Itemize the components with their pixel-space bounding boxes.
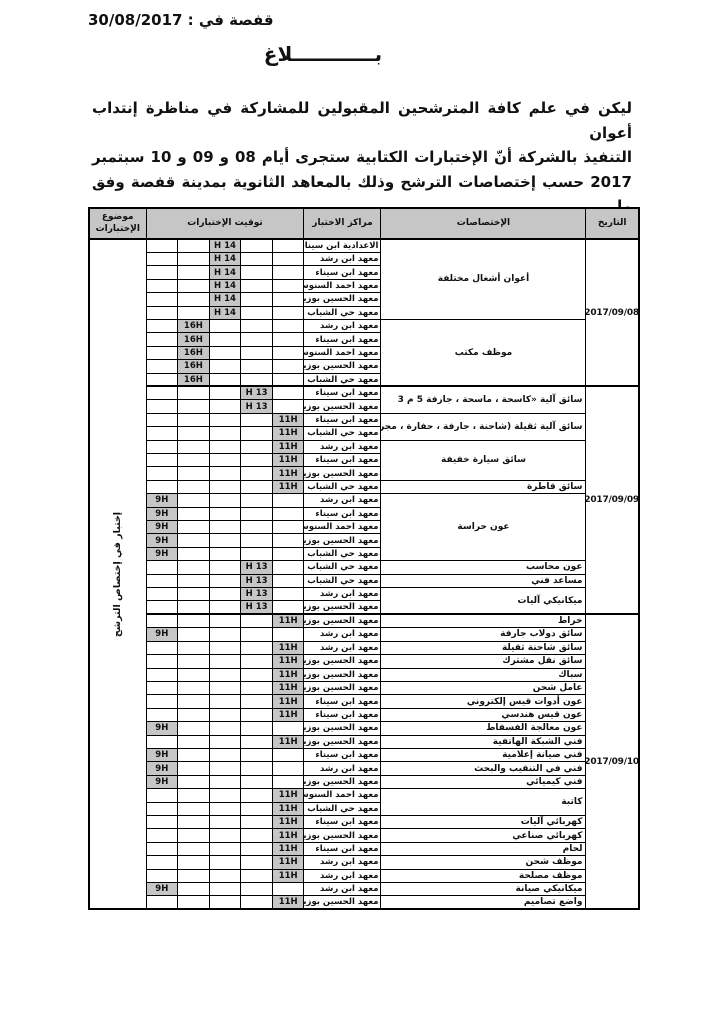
- time-slot-empty-cell: [146, 829, 178, 842]
- time-slot-empty-cell: [241, 762, 273, 775]
- document-page: قفصة في : 30/08/2017 بــــــــــــلاغ لي…: [0, 0, 724, 1024]
- time-slot-empty-cell: [272, 279, 304, 292]
- announcement-title: بــــــــــــلاغ: [88, 42, 558, 66]
- time-slot-empty-cell: [209, 547, 241, 560]
- time-slot-empty-cell: [178, 869, 210, 882]
- time-slot-empty-cell: [272, 306, 304, 319]
- specialty-cell: سائق سيارة خفيفة: [381, 440, 586, 480]
- time-slot-empty-cell: [146, 333, 178, 346]
- table-row: لحاممعهد ابن سيناء11H: [89, 842, 639, 855]
- time-slot-empty-cell: [209, 869, 241, 882]
- time-slot-empty-cell: [209, 681, 241, 694]
- time-slot-empty-cell: [272, 507, 304, 520]
- specialty-cell: عون حراسة: [381, 494, 586, 561]
- table-row: 2017/09/08أعوان أشغال مختلفةالاعدادية اب…: [89, 239, 639, 252]
- time-slot-empty-cell: [178, 842, 210, 855]
- time-slot-cell: 13 H: [241, 386, 273, 399]
- time-slot-empty-cell: [241, 494, 273, 507]
- exam-center-cell: معهد ابن رشد: [304, 641, 381, 654]
- time-slot-empty-cell: [178, 775, 210, 788]
- header-specialties: الإختصاصات: [381, 208, 586, 239]
- exam-center-cell: معهد الحسين بوزيان: [304, 400, 381, 413]
- time-slot-empty-cell: [146, 454, 178, 467]
- header-exam-centers: مراكز الاختبار: [304, 208, 381, 239]
- time-slot-empty-cell: [241, 306, 273, 319]
- time-slot-empty-cell: [178, 614, 210, 627]
- time-slot-empty-cell: [272, 775, 304, 788]
- time-slot-empty-cell: [272, 494, 304, 507]
- time-slot-empty-cell: [146, 789, 178, 802]
- time-slot-empty-cell: [209, 601, 241, 614]
- time-slot-cell: 11H: [272, 735, 304, 748]
- time-slot-empty-cell: [241, 252, 273, 265]
- time-slot-empty-cell: [178, 386, 210, 399]
- time-slot-empty-cell: [146, 588, 178, 601]
- time-slot-empty-cell: [209, 413, 241, 426]
- specialty-cell: ميكانيكي صيانة: [381, 883, 586, 896]
- time-slot-empty-cell: [209, 386, 241, 399]
- time-slot-empty-cell: [209, 427, 241, 440]
- time-slot-empty-cell: [241, 427, 273, 440]
- exam-center-cell: معهد ابن سيناء: [304, 842, 381, 855]
- specialty-cell: عون محاسب: [381, 561, 586, 574]
- time-slot-cell: 9H: [146, 547, 178, 560]
- time-slot-empty-cell: [209, 789, 241, 802]
- time-slot-empty-cell: [146, 601, 178, 614]
- time-slot-empty-cell: [241, 708, 273, 721]
- time-slot-cell: 11H: [272, 655, 304, 668]
- time-slot-empty-cell: [209, 762, 241, 775]
- time-slot-cell: 9H: [146, 762, 178, 775]
- specialty-cell: مساعد فني: [381, 574, 586, 587]
- document-date-line: قفصة في : 30/08/2017: [88, 11, 274, 29]
- time-slot-empty-cell: [241, 507, 273, 520]
- exam-center-cell: معهد ابن سيناء: [304, 454, 381, 467]
- exam-subject-cell: إختبار في إختصاص الترشح: [89, 239, 146, 909]
- time-slot-cell: 11H: [272, 454, 304, 467]
- time-slot-empty-cell: [241, 333, 273, 346]
- table-row: عون حراسةمعهد ابن رشد9H: [89, 494, 639, 507]
- time-slot-empty-cell: [146, 373, 178, 386]
- time-slot-cell: 16H: [178, 346, 210, 359]
- exam-center-cell: معهد حي الشباب: [304, 547, 381, 560]
- time-slot-empty-cell: [241, 802, 273, 815]
- specialty-cell: عامل شحن: [381, 681, 586, 694]
- time-slot-empty-cell: [209, 373, 241, 386]
- time-slot-empty-cell: [146, 802, 178, 815]
- time-slot-empty-cell: [146, 440, 178, 453]
- time-slot-empty-cell: [209, 507, 241, 520]
- time-slot-cell: 11H: [272, 815, 304, 828]
- time-slot-empty-cell: [178, 802, 210, 815]
- time-slot-empty-cell: [146, 869, 178, 882]
- time-slot-cell: 11H: [272, 695, 304, 708]
- time-slot-empty-cell: [209, 480, 241, 493]
- exam-center-cell: معهد الحسين بوزيان: [304, 601, 381, 614]
- exam-center-cell: معهد ابن سيناء: [304, 413, 381, 426]
- time-slot-empty-cell: [241, 266, 273, 279]
- time-slot-empty-cell: [241, 869, 273, 882]
- time-slot-cell: 9H: [146, 628, 178, 641]
- specialty-cell: أعوان أشغال مختلفة: [381, 239, 586, 319]
- time-slot-empty-cell: [209, 561, 241, 574]
- time-slot-empty-cell: [146, 306, 178, 319]
- exam-center-cell: الاعدادية ابن سيناء: [304, 239, 381, 252]
- time-slot-empty-cell: [272, 722, 304, 735]
- specialty-cell: فني الشبكة الهاتفية: [381, 735, 586, 748]
- specialty-cell: سباك: [381, 668, 586, 681]
- table-row: عون أدوات قيس إلكترونيمعهد ابن سيناء11H: [89, 695, 639, 708]
- time-slot-empty-cell: [209, 883, 241, 896]
- time-slot-empty-cell: [209, 628, 241, 641]
- time-slot-cell: 16H: [178, 319, 210, 332]
- date-cell: 2017/09/10: [586, 614, 639, 909]
- time-slot-empty-cell: [178, 722, 210, 735]
- time-slot-empty-cell: [146, 695, 178, 708]
- time-slot-empty-cell: [178, 561, 210, 574]
- time-slot-empty-cell: [146, 896, 178, 909]
- exam-center-cell: معهد ابن سيناء: [304, 333, 381, 346]
- intro-line: التنفيذ بالشركة أنّ الإختبارات الكتابية …: [92, 145, 632, 170]
- time-slot-empty-cell: [209, 494, 241, 507]
- table-row: موظف مصلحةمعهد ابن رشد11H: [89, 869, 639, 882]
- time-slot-empty-cell: [209, 614, 241, 627]
- time-slot-empty-cell: [178, 655, 210, 668]
- time-slot-empty-cell: [178, 239, 210, 252]
- time-slot-empty-cell: [241, 896, 273, 909]
- time-slot-empty-cell: [146, 239, 178, 252]
- exam-center-cell: معهد ابن رشد: [304, 588, 381, 601]
- time-slot-cell: 13 H: [241, 588, 273, 601]
- time-slot-cell: 11H: [272, 681, 304, 694]
- time-slot-empty-cell: [146, 668, 178, 681]
- time-slot-empty-cell: [178, 588, 210, 601]
- exam-center-cell: معهد الحسين بوزيان: [304, 735, 381, 748]
- table-row: موظف مكتبمعهد ابن رشد16H: [89, 319, 639, 332]
- time-slot-empty-cell: [146, 641, 178, 654]
- time-slot-empty-cell: [241, 628, 273, 641]
- time-slot-empty-cell: [272, 534, 304, 547]
- exam-center-cell: معهد حي الشباب: [304, 574, 381, 587]
- time-slot-empty-cell: [272, 628, 304, 641]
- time-slot-empty-cell: [241, 293, 273, 306]
- time-slot-empty-cell: [178, 534, 210, 547]
- exam-center-cell: معهد الحسين بوزيان: [304, 681, 381, 694]
- time-slot-empty-cell: [272, 601, 304, 614]
- time-slot-empty-cell: [241, 239, 273, 252]
- specialty-cell: كاتبة: [381, 789, 586, 816]
- time-slot-empty-cell: [241, 735, 273, 748]
- time-slot-cell: 14 H: [209, 279, 241, 292]
- time-slot-cell: 11H: [272, 641, 304, 654]
- table-row: ميكانيكي آلياتمعهد ابن رشد13 H: [89, 588, 639, 601]
- exam-center-cell: معهد احمد السنوسي: [304, 346, 381, 359]
- time-slot-empty-cell: [146, 614, 178, 627]
- exam-center-cell: معهد الحسين بوزيان: [304, 293, 381, 306]
- specialty-cell: خراط: [381, 614, 586, 627]
- exam-center-cell: معهد ابن سيناء: [304, 708, 381, 721]
- exam-center-cell: معهد ابن رشد: [304, 440, 381, 453]
- time-slot-empty-cell: [241, 789, 273, 802]
- exam-subject-vertical-text: إختبار في إختصاص الترشح: [112, 512, 123, 637]
- specialty-cell: موظف مصلحة: [381, 869, 586, 882]
- time-slot-empty-cell: [272, 319, 304, 332]
- time-slot-empty-cell: [178, 789, 210, 802]
- table-row: سائق سيارة خفيفةمعهد ابن رشد11H: [89, 440, 639, 453]
- time-slot-empty-cell: [178, 641, 210, 654]
- time-slot-empty-cell: [209, 896, 241, 909]
- date-cell: 2017/09/08: [586, 239, 639, 386]
- specialty-cell: عون أدوات قيس إلكتروني: [381, 695, 586, 708]
- exam-center-cell: معهد حي الشباب: [304, 306, 381, 319]
- time-slot-empty-cell: [146, 413, 178, 426]
- time-slot-empty-cell: [209, 588, 241, 601]
- table-row: واضع تصاميممعهد الحسين بوزيان11H: [89, 896, 639, 909]
- time-slot-empty-cell: [178, 507, 210, 520]
- exam-center-cell: معهد احمد السنوسي: [304, 279, 381, 292]
- time-slot-empty-cell: [178, 306, 210, 319]
- header-date: التاريخ: [586, 208, 639, 239]
- time-slot-empty-cell: [178, 815, 210, 828]
- time-slot-cell: 9H: [146, 507, 178, 520]
- time-slot-cell: 9H: [146, 883, 178, 896]
- time-slot-empty-cell: [272, 386, 304, 399]
- header-exam-subject: موضوع الإختبارات: [89, 208, 146, 239]
- time-slot-cell: 14 H: [209, 266, 241, 279]
- table-row: كهربائي صناعيمعهد الحسين بوزيان11H: [89, 829, 639, 842]
- time-slot-cell: 14 H: [209, 239, 241, 252]
- specialty-cell: لحام: [381, 842, 586, 855]
- time-slot-empty-cell: [146, 681, 178, 694]
- time-slot-empty-cell: [146, 735, 178, 748]
- exam-center-cell: معهد ابن رشد: [304, 494, 381, 507]
- time-slot-empty-cell: [209, 842, 241, 855]
- time-slot-empty-cell: [272, 252, 304, 265]
- time-slot-empty-cell: [178, 601, 210, 614]
- time-slot-cell: 11H: [272, 789, 304, 802]
- time-slot-empty-cell: [209, 775, 241, 788]
- time-slot-empty-cell: [209, 655, 241, 668]
- time-slot-empty-cell: [241, 681, 273, 694]
- time-slot-empty-cell: [209, 346, 241, 359]
- time-slot-empty-cell: [209, 748, 241, 761]
- time-slot-cell: 9H: [146, 722, 178, 735]
- table-row: عون قيس هندسيمعهد ابن سيناء11H: [89, 708, 639, 721]
- time-slot-empty-cell: [209, 440, 241, 453]
- time-slot-cell: 11H: [272, 869, 304, 882]
- time-slot-cell: 13 H: [241, 601, 273, 614]
- time-slot-empty-cell: [272, 547, 304, 560]
- exam-center-cell: معهد ابن سيناء: [304, 695, 381, 708]
- time-slot-empty-cell: [178, 762, 210, 775]
- date-cell: 2017/09/09: [586, 386, 639, 614]
- time-slot-empty-cell: [241, 521, 273, 534]
- time-slot-empty-cell: [178, 856, 210, 869]
- time-slot-empty-cell: [178, 494, 210, 507]
- exam-center-cell: معهد الحسين بوزيان: [304, 896, 381, 909]
- time-slot-empty-cell: [209, 454, 241, 467]
- specialty-cell: فني صيانة إعلامية: [381, 748, 586, 761]
- time-slot-empty-cell: [241, 360, 273, 373]
- table-row: سائق قاطرةمعهد حي الشباب11H: [89, 480, 639, 493]
- exam-center-cell: معهد احمد السنوسي: [304, 521, 381, 534]
- time-slot-empty-cell: [178, 266, 210, 279]
- time-slot-empty-cell: [178, 883, 210, 896]
- time-slot-cell: 16H: [178, 333, 210, 346]
- time-slot-empty-cell: [241, 815, 273, 828]
- time-slot-empty-cell: [178, 454, 210, 467]
- time-slot-empty-cell: [178, 252, 210, 265]
- time-slot-empty-cell: [241, 413, 273, 426]
- time-slot-empty-cell: [209, 333, 241, 346]
- time-slot-empty-cell: [272, 521, 304, 534]
- time-slot-cell: 9H: [146, 534, 178, 547]
- time-slot-empty-cell: [209, 641, 241, 654]
- time-slot-cell: 9H: [146, 494, 178, 507]
- time-slot-empty-cell: [241, 668, 273, 681]
- time-slot-cell: 11H: [272, 614, 304, 627]
- exam-center-cell: معهد الحسين بوزيان: [304, 722, 381, 735]
- time-slot-cell: 11H: [272, 440, 304, 453]
- specialty-cell: عون معالجة الفسفاط: [381, 722, 586, 735]
- exam-center-cell: معهد ابن رشد: [304, 762, 381, 775]
- table-row: سباكمعهد الحسين بوزيان11H: [89, 668, 639, 681]
- time-slot-cell: 14 H: [209, 252, 241, 265]
- time-slot-empty-cell: [272, 266, 304, 279]
- time-slot-empty-cell: [146, 266, 178, 279]
- time-slot-empty-cell: [146, 427, 178, 440]
- exam-center-cell: معهد حي الشباب: [304, 373, 381, 386]
- table-row: 2017/09/10خراطمعهد الحسين بوزيان11H: [89, 614, 639, 627]
- exam-center-cell: معهد الحسين بوزيان: [304, 360, 381, 373]
- time-slot-cell: 9H: [146, 748, 178, 761]
- exam-center-cell: معهد ابن سيناء: [304, 266, 381, 279]
- time-slot-empty-cell: [241, 695, 273, 708]
- time-slot-empty-cell: [241, 454, 273, 467]
- exam-center-cell: معهد الحسين بوزيان: [304, 534, 381, 547]
- time-slot-empty-cell: [209, 521, 241, 534]
- exam-center-cell: معهد ابن رشد: [304, 883, 381, 896]
- time-slot-empty-cell: [146, 252, 178, 265]
- table-row: موظف شحنمعهد ابن رشد11H: [89, 856, 639, 869]
- time-slot-empty-cell: [241, 641, 273, 654]
- time-slot-empty-cell: [146, 293, 178, 306]
- time-slot-empty-cell: [178, 681, 210, 694]
- time-slot-empty-cell: [209, 815, 241, 828]
- table-row: سائق آلية ثقيلة (شاحنة ، جارفة ، حفارة ،…: [89, 413, 639, 426]
- exam-center-cell: معهد حي الشباب: [304, 561, 381, 574]
- time-slot-empty-cell: [241, 547, 273, 560]
- time-slot-empty-cell: [241, 319, 273, 332]
- table-row: عون محاسبمعهد حي الشباب13 H: [89, 561, 639, 574]
- table-row: سائق شاحنة ثقيلةمعهد ابن رشد11H: [89, 641, 639, 654]
- table-header-row: التاريخ الإختصاصات مراكز الاختبار توقيت …: [89, 208, 639, 239]
- time-slot-empty-cell: [241, 722, 273, 735]
- time-slot-cell: 9H: [146, 775, 178, 788]
- time-slot-empty-cell: [241, 829, 273, 842]
- time-slot-cell: 11H: [272, 802, 304, 815]
- time-slot-cell: 14 H: [209, 306, 241, 319]
- time-slot-empty-cell: [146, 856, 178, 869]
- table-row: فني صيانة إعلاميةمعهد ابن سيناء9H: [89, 748, 639, 761]
- time-slot-empty-cell: [241, 480, 273, 493]
- time-slot-empty-cell: [272, 346, 304, 359]
- time-slot-empty-cell: [209, 467, 241, 480]
- time-slot-empty-cell: [209, 802, 241, 815]
- time-slot-empty-cell: [146, 400, 178, 413]
- exam-center-cell: معهد الحسين بوزيان: [304, 775, 381, 788]
- time-slot-empty-cell: [272, 588, 304, 601]
- time-slot-empty-cell: [241, 614, 273, 627]
- time-slot-empty-cell: [272, 762, 304, 775]
- time-slot-cell: 13 H: [241, 574, 273, 587]
- time-slot-empty-cell: [178, 829, 210, 842]
- exam-center-cell: معهد ابن رشد: [304, 319, 381, 332]
- time-slot-cell: 11H: [272, 856, 304, 869]
- time-slot-cell: 16H: [178, 373, 210, 386]
- time-slot-empty-cell: [209, 400, 241, 413]
- table-row: ميكانيكي صيانةمعهد ابن رشد9H: [89, 883, 639, 896]
- exam-center-cell: معهد احمد السنوسي: [304, 789, 381, 802]
- time-slot-cell: 14 H: [209, 293, 241, 306]
- time-slot-empty-cell: [146, 574, 178, 587]
- time-slot-empty-cell: [241, 842, 273, 855]
- specialty-cell: كهربائي صناعي: [381, 829, 586, 842]
- table-row: سائق نقل مشتركمعهد الحسين بوزيان11H: [89, 655, 639, 668]
- time-slot-empty-cell: [241, 467, 273, 480]
- time-slot-empty-cell: [209, 319, 241, 332]
- specialty-cell: واضع تصاميم: [381, 896, 586, 909]
- exam-center-cell: معهد ابن سيناء: [304, 507, 381, 520]
- time-slot-cell: 11H: [272, 708, 304, 721]
- time-slot-empty-cell: [241, 346, 273, 359]
- specialty-cell: سائق نقل مشترك: [381, 655, 586, 668]
- exam-center-cell: معهد الحسين بوزيان: [304, 655, 381, 668]
- table-row: سائق دولاب جارفةمعهد ابن رشد9H: [89, 628, 639, 641]
- time-slot-empty-cell: [178, 467, 210, 480]
- time-slot-empty-cell: [209, 574, 241, 587]
- specialty-cell: سائق دولاب جارفة: [381, 628, 586, 641]
- table-row: عامل شحنمعهد الحسين بوزيان11H: [89, 681, 639, 694]
- specialty-cell: سائق شاحنة ثقيلة: [381, 641, 586, 654]
- time-slot-empty-cell: [241, 373, 273, 386]
- time-slot-cell: 16H: [178, 360, 210, 373]
- exam-center-cell: معهد ابن سيناء: [304, 386, 381, 399]
- exam-center-cell: معهد ابن رشد: [304, 252, 381, 265]
- exam-center-cell: معهد ابن سيناء: [304, 815, 381, 828]
- time-slot-empty-cell: [272, 574, 304, 587]
- exam-center-cell: معهد ابن رشد: [304, 856, 381, 869]
- time-slot-empty-cell: [178, 748, 210, 761]
- time-slot-empty-cell: [146, 655, 178, 668]
- time-slot-empty-cell: [241, 279, 273, 292]
- time-slot-empty-cell: [272, 748, 304, 761]
- specialty-cell: فني في التنقيب والبحث: [381, 762, 586, 775]
- specialty-cell: عون قيس هندسي: [381, 708, 586, 721]
- time-slot-empty-cell: [178, 574, 210, 587]
- time-slot-empty-cell: [241, 655, 273, 668]
- exam-center-cell: معهد الحسين بوزيان: [304, 614, 381, 627]
- time-slot-empty-cell: [209, 695, 241, 708]
- table-row: كهربائي آلياتمعهد ابن سيناء11H: [89, 815, 639, 828]
- specialty-cell: سائق قاطرة: [381, 480, 586, 493]
- time-slot-empty-cell: [272, 400, 304, 413]
- time-slot-empty-cell: [178, 413, 210, 426]
- time-slot-cell: 11H: [272, 413, 304, 426]
- time-slot-empty-cell: [209, 856, 241, 869]
- time-slot-empty-cell: [241, 440, 273, 453]
- time-slot-empty-cell: [146, 346, 178, 359]
